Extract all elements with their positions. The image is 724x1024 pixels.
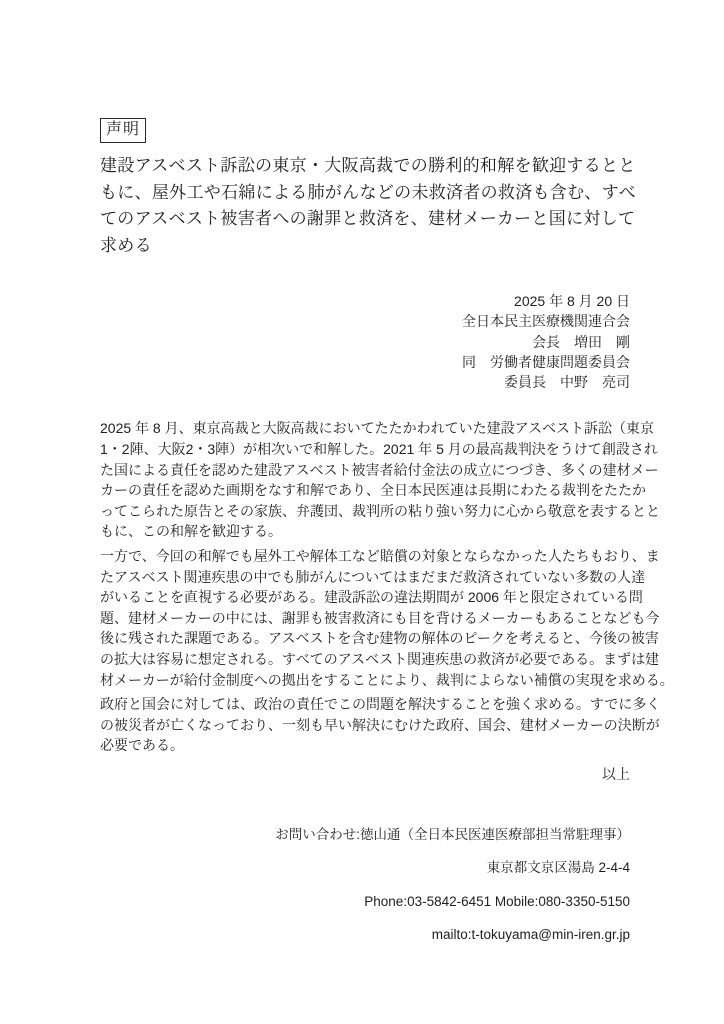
paragraph-2-line-6: の拡大は容易に想定される。すべてのアスベスト関連疾患の救済が必要である。まずは建 [100, 649, 630, 670]
paragraph-1-line-2: 1・2陣、大阪2・3陣）が相次いで和解した。2021 年 5 月の最高裁判決をう… [100, 439, 630, 460]
organization-name: 全日本民主医療機関連合会 [100, 311, 630, 331]
title-line-3: てのアスベスト被害者への謝罪と救済を、建材メーカーと国に対して [100, 206, 630, 233]
paragraph-2-line-4: 題、建材メーカーの中には、謝罪も被害救済にも目を背けるメーカーもあることなども今 [100, 608, 630, 629]
paragraph-1-line-3: た国による責任を認めた建設アスベスト被害者給付金法の成立につづき、多くの建材メー [100, 460, 630, 481]
paragraph-2-line-3: がいることを直視する必要がある。建設訴訟の違法期間が 2006 年と限定されてい… [100, 587, 630, 608]
president-line: 会長 増田 剛 [100, 332, 630, 352]
committee-chair-line: 委員長 中野 亮司 [100, 372, 630, 392]
paragraph-2: 一方で、今回の和解でも屋外工や解体工など賠償の対象とならなかった人たちもおり、ま… [100, 546, 630, 690]
contact-person-line: お問い合わせ:徳山通（全日本民医連医療部担当常駐理事） [100, 818, 630, 852]
paragraph-2-line-5: 後に残された課題である。アスベストを含む建物の解体のピークを考えると、今後の被害 [100, 628, 630, 649]
title-line-1: 建設アスベスト訴訟の東京・大阪高裁での勝利的和解を歓迎するとと [100, 153, 630, 180]
statement-page: 声明 建設アスベスト訴訟の東京・大阪高裁での勝利的和解を歓迎するとと もに、屋外… [0, 0, 724, 1024]
title-line-4: 求める [100, 233, 630, 260]
paragraph-2-line-7: 材メーカーが給付金制度への拠出をすることにより、裁判によらない補償の実現を求める… [100, 670, 630, 691]
statement-title: 建設アスベスト訴訟の東京・大阪高裁での勝利的和解を歓迎するとと もに、屋外工や石… [100, 153, 630, 259]
paragraph-1-line-4: カーの責任を認めた画期をなす和解であり、全日本民医連は長期にわたる裁判をたたか [100, 480, 630, 501]
paragraph-1-line-5: ってこられた原告とその家族、弁護団、裁判所の粘り強い努力に心から敬意を表するとと [100, 501, 630, 522]
paragraph-1: 2025 年 8 月、東京高裁と大阪高裁においてたたかわれていた建設アスベスト訴… [100, 418, 630, 542]
statement-label-box: 声明 [100, 118, 146, 143]
paragraph-3-line-3: 必要である。 [100, 735, 630, 756]
committee-line: 同 労働者健康問題委員会 [100, 352, 630, 372]
paragraph-3-line-2: の被災者が亡くなっており、一刻も早い解決にむけた政府、国会、建材メーカーの決断が [100, 715, 630, 736]
issue-date: 2025 年 8 月 20 日 [100, 291, 630, 311]
contact-address-line: 東京都文京区湯島 2-4-4 [100, 851, 630, 885]
contact-phone-line: Phone:03-5842-6451 Mobile:080-3350-5150 [100, 885, 630, 919]
paragraph-2-line-2: たアスベスト関連疾患の中でも肺がんについてはまだまだ救済されていない多数の人達 [100, 567, 630, 588]
title-line-2: もに、屋外工や石綿による肺がんなどの未救済者の救済も含む、すべ [100, 180, 630, 207]
byline-block: 2025 年 8 月 20 日 全日本民主医療機関連合会 会長 増田 剛 同 労… [100, 291, 630, 392]
paragraph-1-line-1: 2025 年 8 月、東京高裁と大阪高裁においてたたかわれていた建設アスベスト訴… [100, 418, 630, 439]
contact-email-line: mailto:t-tokuyama@min-iren.gr.jp [100, 918, 630, 952]
contact-block: お問い合わせ:徳山通（全日本民医連医療部担当常駐理事） 東京都文京区湯島 2-4… [100, 818, 630, 952]
paragraph-3-line-1: 政府と国会に対しては、政治の責任でこの問題を解決することを強く求める。すでに多く [100, 694, 630, 715]
paragraph-3: 政府と国会に対しては、政治の責任でこの問題を解決することを強く求める。すでに多く… [100, 694, 630, 756]
closing-word: 以上 [100, 764, 630, 785]
paragraph-1-line-6: もに、この和解を歓迎する。 [100, 521, 630, 542]
paragraph-2-line-1: 一方で、今回の和解でも屋外工や解体工など賠償の対象とならなかった人たちもおり、ま [100, 546, 630, 567]
